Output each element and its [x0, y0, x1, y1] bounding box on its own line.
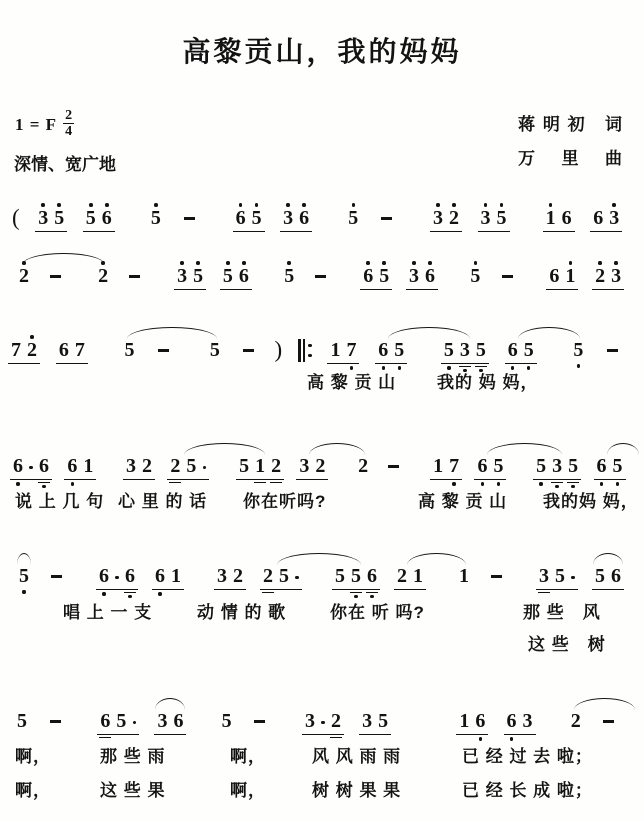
note-number: 6 [507, 710, 517, 733]
sixteenth-underline [567, 482, 579, 483]
octave-dot-above [546, 258, 562, 265]
octave-dot-above [167, 448, 183, 455]
beam-group: 61 [64, 448, 96, 486]
sheet-music-page: 高黎贡山，我的妈妈 1 = F 2 4 深情、宽广地 蒋明初 词 万 里 曲 (… [0, 0, 644, 821]
slur-tie-arc [487, 443, 562, 455]
spacer [26, 448, 36, 455]
beam-group: 67 [56, 332, 88, 364]
octave-dot-above [36, 448, 52, 455]
note-number: 2 [397, 565, 407, 588]
note-number: 2 [315, 455, 325, 478]
octave-dot-above [345, 200, 361, 207]
dash-stroke [254, 720, 265, 722]
octave-dot-above [96, 558, 112, 565]
octave-dot-below [102, 592, 105, 595]
note-digit: 6 [422, 258, 438, 288]
octave-dot-above [80, 448, 96, 455]
note-number: 7 [75, 339, 85, 362]
note-number: 6 [59, 339, 69, 362]
note-sub [97, 735, 113, 738]
octave-dot-below [539, 482, 542, 485]
note-digit: 5 [565, 448, 581, 478]
sixteenth-underline [99, 737, 111, 738]
spacer [568, 558, 578, 565]
note-digit: 5 [494, 200, 510, 230]
half-note-dash [153, 339, 173, 362]
note-number: 3 [38, 207, 48, 230]
octave-dot-above [360, 258, 376, 265]
octave-dot-above [123, 448, 139, 455]
lyric-segment: 已 经 长 成 啦； [462, 776, 593, 801]
note-digit: 3 [174, 258, 190, 288]
beam-group: 35 [478, 200, 510, 232]
lyric-segment: 那 些 风 [523, 598, 601, 623]
note-digit: 6 [236, 258, 252, 288]
note-sub [536, 590, 552, 593]
slur-tie-arc [277, 553, 361, 565]
note-number: 2 [98, 265, 108, 288]
octave-dot-above [592, 258, 608, 265]
digits-row: 67 [56, 332, 88, 364]
note-sub [129, 735, 139, 738]
octave-dot-above [122, 558, 138, 565]
note-digit: 6 [360, 258, 376, 288]
note-number: 5 [351, 565, 361, 588]
dash-stroke [51, 575, 62, 577]
note-number: 3 [217, 565, 227, 588]
half-note-dash [250, 710, 270, 733]
note-number: 1 [459, 565, 469, 588]
dash-stroke [50, 275, 61, 277]
lyricist-credit: 蒋明初 词 [518, 108, 622, 142]
dash-stroke [129, 275, 140, 277]
note-sub [328, 735, 344, 738]
octave-dot-below [481, 482, 484, 485]
octave-dot-above [230, 558, 246, 565]
digits-row: 61 [64, 448, 96, 480]
note-digit: 1 [543, 200, 559, 230]
note-number: 6 [67, 455, 77, 478]
octave-dot-above [10, 448, 26, 455]
note: 5 [345, 200, 361, 230]
digits-row: 16 [543, 200, 575, 232]
beam-group: 36 [406, 258, 438, 290]
octave-dot-below [22, 590, 25, 593]
note-sub [276, 590, 292, 593]
octave-dot-above [113, 703, 129, 710]
note-digit: 5 [375, 703, 391, 733]
note-digit: 6 [590, 200, 606, 230]
octave-dot-above [473, 332, 489, 339]
octave-dot-above [281, 258, 297, 265]
beam-group: 61 [152, 558, 184, 596]
note-digit: 5 [281, 258, 297, 288]
lyric-segment: 我的妈 妈， [543, 487, 639, 512]
note-digit: 6 [233, 200, 249, 230]
subs-row [474, 480, 506, 486]
octave-dot-above [190, 258, 206, 265]
digits-row: 5 [281, 258, 297, 288]
octave-dot-above [249, 200, 265, 207]
slur-tie-arc [309, 443, 365, 455]
subs-row [536, 590, 578, 593]
digits-row: 35 [536, 558, 578, 590]
digits-row: 16 [456, 703, 488, 735]
digits-row: 63 [504, 703, 536, 735]
digits-row: 5 [345, 200, 361, 230]
note-number: 1 [330, 339, 340, 362]
sixteenth-underline [124, 592, 136, 593]
note-sub [318, 735, 328, 738]
digits-row: 72 [8, 332, 40, 364]
octave-dot-above [14, 703, 30, 710]
spacer [112, 558, 122, 565]
note-sub [260, 590, 276, 593]
note-digit: 3 [280, 200, 296, 230]
octave-dot-above [467, 258, 483, 265]
note-number: 6 [477, 455, 487, 478]
note-number: 5 [536, 455, 546, 478]
octave-dot-above [494, 200, 510, 207]
octave-dot-above [236, 258, 252, 265]
note-digit: 2 [592, 258, 608, 288]
octave-dot-below [158, 592, 161, 595]
note-digit: 6 [96, 558, 112, 588]
note-sub [610, 480, 626, 486]
octave-dot-above [430, 200, 446, 207]
beam-group: 66 [10, 448, 52, 488]
note-number: 5 [568, 455, 578, 478]
credits: 蒋明初 词 万 里 曲 [518, 108, 622, 176]
digits-row: 65 [360, 258, 392, 290]
digits-row: 65 [233, 200, 265, 232]
lyric-segment: 说 上 几 句 [15, 487, 104, 512]
note-digit: 6 [472, 703, 488, 733]
note-number: 6 [363, 265, 373, 288]
note-digit: 6 [122, 558, 138, 588]
note-number: 6 [173, 710, 183, 733]
octave-dot-above [376, 258, 392, 265]
octave-dot-above [8, 332, 24, 339]
octave-dot-above [359, 703, 375, 710]
octave-dot-above [446, 448, 462, 455]
note-digit: 6 [36, 448, 52, 478]
augmentation-dot-glyph [295, 565, 299, 588]
dash-stroke [315, 275, 326, 277]
notation-line: 5666132255562113556 [16, 558, 640, 602]
octave-dot-above [148, 200, 164, 207]
note-digit: 6 [152, 558, 168, 588]
note-digit: 3 [520, 703, 536, 733]
digits-row: 36 [406, 258, 438, 290]
note-number: 1 [546, 207, 556, 230]
note-digit: 6 [64, 448, 80, 478]
note-digit: 3 [430, 200, 446, 230]
digits-row: 56 [220, 258, 252, 290]
note-number: 2 [263, 565, 273, 588]
digits-row: 5 [219, 703, 235, 733]
note-number: 2 [595, 265, 605, 288]
subs-row [594, 480, 626, 486]
augmentation-dot [318, 703, 328, 733]
note-number: 6 [367, 565, 377, 588]
note-number: 6 [236, 207, 246, 230]
beam-group: 35 [359, 703, 391, 735]
note-number: 5 [595, 565, 605, 588]
notation-line: 565365323516632 [14, 703, 636, 747]
note-sub [183, 480, 199, 483]
octave-dot-above [565, 448, 581, 455]
note-sub [64, 480, 80, 486]
slur-tie-arc [574, 698, 635, 710]
note-number: 2 [358, 455, 368, 478]
octave-dot-above [219, 703, 235, 710]
note-number: 5 [394, 339, 404, 362]
sixteenth-underline [366, 592, 378, 593]
beam-group: 17 [327, 332, 359, 370]
octave-dot-above [504, 703, 520, 710]
lyric-segment: 唱 上 一 支 [63, 598, 152, 623]
beam-group: 35 [174, 258, 206, 290]
note-number: 3 [523, 710, 533, 733]
note-digit: 3 [35, 200, 51, 230]
tempo-expression: 深情、宽广地 [14, 150, 116, 175]
octave-dot-above [174, 258, 190, 265]
note-number: 6 [155, 565, 165, 588]
note-digit: 5 [219, 703, 235, 733]
note-number: 5 [19, 565, 29, 588]
lyric-segment: 啊， [230, 742, 266, 767]
digits-row: 35 [478, 200, 510, 232]
note-number: 6 [102, 207, 112, 230]
note-number: 5 [222, 710, 232, 733]
note-number: 5 [239, 455, 249, 478]
octave-dot-above [24, 332, 40, 339]
digits-row: 66 [10, 448, 52, 480]
octave-dot-below [510, 737, 513, 740]
octave-dot-above [214, 558, 230, 565]
lyric-segment: 树 树 果 果 [312, 776, 401, 801]
note-sub [167, 480, 183, 483]
sixteenth-underline [169, 482, 181, 483]
beam-group: 56 [220, 258, 252, 290]
note-number: 5 [573, 339, 583, 362]
note-digit: 2 [139, 448, 155, 478]
beam-group: 32 [123, 448, 155, 480]
note-sub [456, 735, 472, 741]
note-number: 2 [331, 710, 341, 733]
note-digit: 6 [99, 200, 115, 230]
octave-dot-below [497, 482, 500, 485]
time-signature-denominator: 4 [65, 124, 72, 138]
note-sub [16, 588, 32, 594]
dash-stroke [158, 349, 169, 351]
octave-dot-above [56, 332, 72, 339]
note-number: 6 [425, 265, 435, 288]
digits-row: 61 [546, 258, 578, 290]
note-number: 5 [116, 710, 126, 733]
octave-dot-above [152, 558, 168, 565]
note-sub [199, 480, 209, 483]
octave-dot-above [280, 200, 296, 207]
dash-stroke [184, 217, 195, 219]
half-note-dash [602, 339, 622, 362]
note-digit: 5 [148, 200, 164, 230]
note-digit: 6 [10, 448, 26, 478]
composer-credit: 万 里 曲 [518, 142, 622, 176]
note-number: 5 [444, 339, 454, 362]
digits-row: 35 [174, 258, 206, 290]
octave-dot-above [478, 200, 494, 207]
digits-row: 66 [96, 558, 138, 590]
octave-dot-above [343, 332, 359, 339]
half-note-dash [125, 265, 145, 288]
note-digit: 5 [467, 258, 483, 288]
digits-row: 5 [148, 200, 164, 230]
beam-group: 16 [456, 703, 488, 741]
note-number: 5 [17, 710, 27, 733]
note-digit: 6 [56, 332, 72, 362]
octave-dot-below [479, 737, 482, 740]
octave-dot-above [51, 200, 67, 207]
sixteenth-underline [254, 482, 266, 483]
repeat-bar-thick [298, 339, 301, 362]
lyric-segment: 啊， [15, 776, 51, 801]
note-number: 5 [54, 207, 64, 230]
note-number: 1 [83, 455, 93, 478]
note-digit: 2 [230, 558, 246, 588]
beam-group: 32 [430, 200, 462, 232]
augmentation-dot [129, 703, 139, 733]
lyric-segment: 我的 妈 妈， [437, 368, 538, 393]
note-number: 3 [481, 207, 491, 230]
octave-dot-above [608, 258, 624, 265]
note-digit: 7 [8, 332, 24, 362]
dash-stroke [388, 465, 399, 467]
octave-dot-above [220, 258, 236, 265]
octave-dot-above [364, 558, 380, 565]
note-number: 5 [524, 339, 534, 362]
note-sub [236, 480, 252, 483]
lyric-segment: 心 里 的 话 [118, 487, 207, 512]
subs-row [570, 362, 586, 368]
note-number: 5 [124, 339, 134, 362]
octave-dot-above [99, 200, 115, 207]
half-note-dash [46, 265, 66, 288]
lyric-segment: 这 些 树 [528, 630, 606, 655]
beam-group: 35 [35, 200, 67, 232]
note-number: 6 [508, 339, 518, 362]
beam-group: 72 [8, 332, 40, 364]
sixteenth-underline [538, 592, 550, 593]
subs-row [456, 735, 488, 741]
note-number: 3 [460, 339, 470, 362]
note-digit: 5 [51, 200, 67, 230]
note-sub [430, 480, 446, 486]
digits-row: 32 [214, 558, 246, 590]
note-number: 5 [493, 455, 503, 478]
note-number: 3 [362, 710, 372, 733]
note-number: 5 [335, 565, 345, 588]
half-note-dash [311, 265, 331, 288]
note-sub [490, 480, 506, 486]
augmentation-dot-glyph [203, 455, 207, 478]
begin-repeat-sign [298, 339, 312, 362]
sixteenth-underline [262, 592, 274, 593]
augmentation-dot [26, 448, 36, 478]
digits-row: 23 [592, 258, 624, 290]
beam-group: 36 [280, 200, 312, 232]
digits-row: 32 [430, 200, 462, 232]
note-number: 1 [171, 565, 181, 588]
note-number: 3 [126, 455, 136, 478]
note-digit: 7 [446, 448, 462, 478]
digits-row: 35 [35, 200, 67, 232]
note-digit: 1 [430, 448, 446, 478]
note-number: 3 [305, 710, 315, 733]
augmentation-dot-glyph [29, 455, 33, 478]
note-number: 2 [449, 207, 459, 230]
note-digit: 1 [168, 558, 184, 588]
note-digit: 5 [376, 258, 392, 288]
note-number: 2 [142, 455, 152, 478]
lyric-segment: 已 经 过 去 啦； [462, 742, 593, 767]
lyric-segment: 风 风 雨 雨 [312, 742, 401, 767]
note-digit: 6 [296, 200, 312, 230]
note-number: 2 [170, 455, 180, 478]
note-number: 5 [86, 207, 96, 230]
beam-group: 17 [430, 448, 462, 486]
slur-tie-arc [607, 443, 639, 455]
note-digit: 3 [606, 200, 622, 230]
note-digit: 1 [327, 332, 343, 362]
octave-dot-above [562, 258, 578, 265]
note-number: 6 [239, 265, 249, 288]
note-number: 5 [378, 710, 388, 733]
octave-dot-below [16, 482, 19, 485]
digits-row: 32 [302, 703, 344, 735]
beam-group: 65 [233, 200, 265, 232]
octave-dot-below [600, 482, 603, 485]
note-digit: 3 [359, 703, 375, 733]
note-digit: 6 [546, 258, 562, 288]
octave-dot-above [430, 448, 446, 455]
note: 5 [219, 703, 235, 733]
note-number: 6 [13, 455, 23, 478]
beam-group: 23 [592, 258, 624, 290]
note-number: 7 [346, 339, 356, 362]
note-number: 5 [223, 265, 233, 288]
octave-dot-above [64, 448, 80, 455]
octave-dot-above [606, 200, 622, 207]
octave-dot-above [35, 200, 51, 207]
half-note-dash [377, 207, 397, 230]
note-sub [570, 362, 586, 368]
lyric-segment: 动 情 的 歌 [197, 598, 286, 623]
augmentation-dot [112, 558, 122, 588]
sixteenth-underline [551, 482, 563, 483]
subs-row [302, 735, 344, 738]
notation-line: (355656536532351663 [12, 200, 640, 244]
note-number: 5 [555, 565, 565, 588]
note: 5 [148, 200, 164, 230]
octave-dot-below [452, 482, 455, 485]
slur-tie-arc [593, 553, 623, 565]
note: 5 [281, 258, 297, 288]
song-title: 高黎贡山，我的妈妈 [0, 30, 644, 70]
half-note-dash [497, 265, 517, 288]
beam-group: 32 [214, 558, 246, 590]
